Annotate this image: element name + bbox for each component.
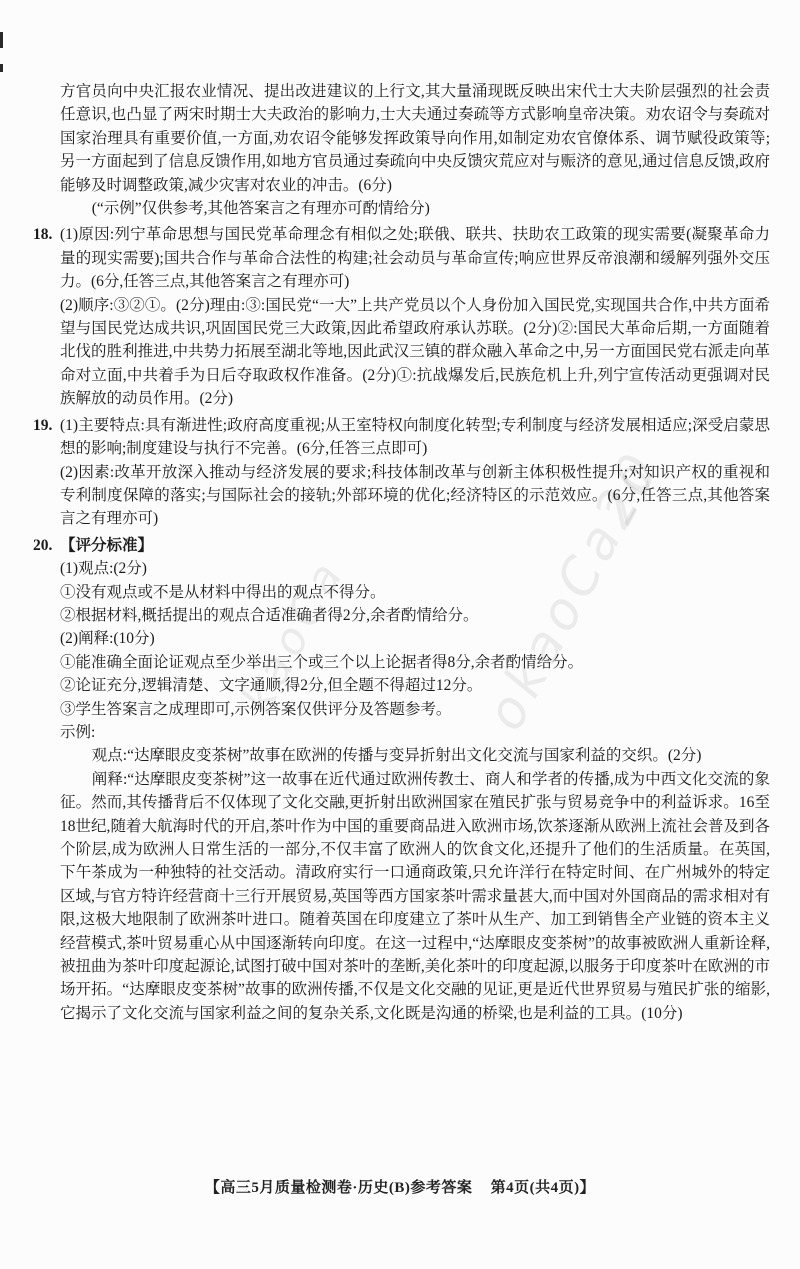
scan-edge-artifact <box>0 64 3 72</box>
answer-paragraph: 示例: <box>60 721 770 744</box>
scanned-answer-page: okaoCa20 kaoCa 20 方官员向中央汇报农业情况、提出改进建议的上行… <box>0 0 800 1269</box>
answer-paragraph: (2)因素:改革开放深入推动与经济发展的要求;科技体制改革与创新主体积极性提升;… <box>60 461 770 531</box>
answer-paragraph: ①没有观点或不是从材料中得出的观点不得分。 <box>60 581 770 604</box>
answer-paragraph: ①能准确全面论证观点至少举出三个或三个以上论据者得8分,余者酌情给分。 <box>60 651 770 674</box>
answer-section-18: 18.(1)原因:列宁革命思想与国民党革命理念有相似之处;联俄、联共、扶助农工政… <box>33 223 770 410</box>
answer-paragraph: 观点:“达摩眼皮变茶树”故事在欧洲的传播与变异折射出文化交流与国家利益的交织。(… <box>60 744 770 767</box>
answer-section-continued: 方官员向中央汇报农业情况、提出改进建议的上行文,其大量涌现既反映出宋代士大夫阶层… <box>33 80 770 220</box>
answer-paragraph: (1)观点:(2分) <box>60 557 770 580</box>
answer-paragraph: 方官员向中央汇报农业情况、提出改进建议的上行文,其大量涌现既反映出宋代士大夫阶层… <box>60 80 770 197</box>
answer-paragraph: (2)顺序:③②①。(2分)理由:③:国民党“一大”上共产党员以个人身份加入国民… <box>60 294 770 411</box>
footer-exam-title: 【高三5月质量检测卷·历史(B)参考答案 <box>205 1180 473 1196</box>
answer-paragraph: (“示例”仅供参考,其他答案言之有理亦可酌情给分) <box>60 197 770 220</box>
answer-paragraph: 阐释:“达摩眼皮变茶树”这一故事在近代通过欧洲传教士、商人和学者的传播,成为中西… <box>60 768 770 1025</box>
answer-paragraph: 【评分标准】 <box>60 534 770 557</box>
scan-edge-artifact <box>0 32 3 48</box>
answer-section-20: 20.【评分标准】(1)观点:(2分)①没有观点或不是从材料中得出的观点不得分。… <box>33 534 770 1026</box>
answer-paragraph: ③学生答案言之成理即可,示例答案仅供评分及答题参考。 <box>60 698 770 721</box>
footer-page-number: 第4页(共4页)】 <box>491 1180 596 1196</box>
answer-content: 方官员向中央汇报农业情况、提出改进建议的上行文,其大量涌现既反映出宋代士大夫阶层… <box>33 80 770 1025</box>
question-number: 20. <box>33 534 52 557</box>
answer-paragraph: (1)主要特点:具有渐进性;政府高度重视;从王室特权向制度化转型;专利制度与经济… <box>60 414 770 461</box>
question-number: 19. <box>33 414 52 437</box>
answer-section-19: 19.(1)主要特点:具有渐进性;政府高度重视;从王室特权向制度化转型;专利制度… <box>33 414 770 531</box>
page-footer: 【高三5月质量检测卷·历史(B)参考答案 第4页(共4页)】 <box>0 1176 800 1197</box>
answer-paragraph: ②论证充分,逻辑清楚、文字通顺,得2分,但全题不得超过12分。 <box>60 674 770 697</box>
answer-paragraph: ②根据材料,概括提出的观点合适准确者得2分,余者酌情给分。 <box>60 604 770 627</box>
answer-paragraph: (2)阐释:(10分) <box>60 627 770 650</box>
question-number: 18. <box>33 223 52 246</box>
answer-paragraph: (1)原因:列宁革命思想与国民党革命理念有相似之处;联俄、联共、扶助农工政策的现… <box>60 223 770 293</box>
